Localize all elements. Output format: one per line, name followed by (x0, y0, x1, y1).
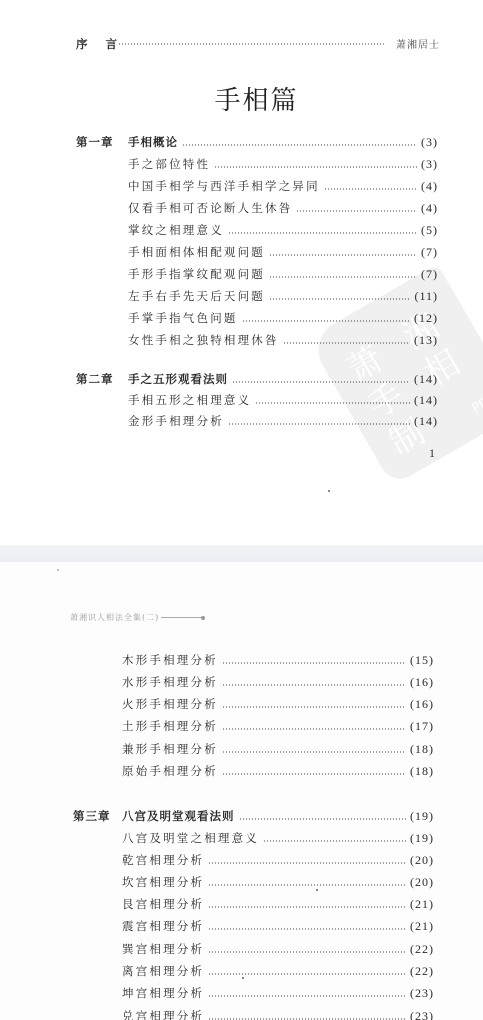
toc-entry[interactable]: 兑宫相理分析 (23) (122, 1008, 434, 1020)
entry-title: 金形手相理分析 (128, 413, 224, 429)
dot-leader (228, 423, 410, 425)
page-ref: (20) (410, 853, 434, 868)
toc-entry[interactable]: 掌纹之相理意义 (5) (128, 222, 438, 238)
toc-entry[interactable]: 手相五形之相理意义 (14) (128, 392, 438, 408)
chapter-title: 手之五形观看法则 (128, 371, 228, 387)
dot-leader (324, 188, 417, 190)
page-ref: (18) (410, 764, 434, 779)
toc-entry[interactable]: 火形手相理分析 (16) (122, 696, 434, 712)
page-ref: (16) (410, 697, 434, 712)
page-ref: (18) (410, 742, 434, 757)
page-ref: (21) (410, 919, 434, 934)
entry-title: 手掌手指气色问题 (128, 310, 238, 326)
toc-entry[interactable]: 巽宫相理分析 (22) (122, 941, 434, 957)
toc-entry[interactable]: 手掌手指气色问题 (12) (128, 310, 438, 326)
toc-entry[interactable]: 女性手相之独特相理休咎 (13) (128, 332, 438, 348)
entry-title: 木形手相理分析 (122, 652, 218, 668)
preface-label[interactable]: 序言 (76, 36, 117, 52)
toc-entry[interactable]: 手相面相体相配观问题 (7) (128, 244, 438, 260)
toc-page-1: 萧 湘 手 相 制 PDG 序言 萧湘居士 手相篇 第一章 手相概论 (3) 手… (0, 0, 483, 545)
toc-entry[interactable]: 乾宫相理分析 (20) (122, 852, 434, 868)
toc-entry[interactable]: 金形手相理分析 (14) (128, 413, 438, 429)
entry-title: 土形手相理分析 (122, 718, 218, 734)
dot-leader (242, 320, 410, 322)
toc-chapter-entry[interactable]: 手之五形观看法则 (14) (128, 371, 438, 387)
toc-entry[interactable]: 坎宫相理分析 (20) (122, 874, 434, 890)
page-ref: (7) (421, 267, 438, 282)
toc-entry[interactable]: 木形手相理分析 (15) (122, 652, 434, 668)
page-ref: (23) (410, 986, 434, 1001)
entry-title: 坎宫相理分析 (122, 874, 204, 890)
entry-title: 兼形手相理分析 (122, 741, 218, 757)
dot-leader (222, 662, 406, 664)
dot-leader (269, 276, 417, 278)
page-ref: (14) (414, 372, 438, 387)
dot-leader (208, 862, 406, 864)
preface-author: 萧湘居士 (396, 36, 440, 51)
entry-title: 巽宫相理分析 (122, 941, 204, 957)
scan-speck (316, 889, 318, 891)
page-number: 1 (429, 446, 435, 461)
page-ref: (4) (421, 201, 438, 216)
entry-title: 水形手相理分析 (122, 674, 218, 690)
entry-title: 坤宫相理分析 (122, 985, 204, 1001)
entry-title: 火形手相理分析 (122, 696, 218, 712)
page-ref: (13) (414, 333, 438, 348)
entry-title: 兑宫相理分析 (122, 1008, 204, 1020)
toc-entry[interactable]: 八宫及明堂之相理意义 (19) (122, 830, 434, 846)
page-ref: (20) (410, 875, 434, 890)
entry-title: 中国手相学与西洋手相学之异同 (128, 178, 320, 194)
entry-title: 女性手相之独特相理休咎 (128, 332, 279, 348)
toc-entry[interactable]: 水形手相理分析 (16) (122, 674, 434, 690)
scan-speck (328, 490, 330, 492)
dot-leader (239, 818, 407, 820)
scan-speck (57, 569, 59, 571)
chapter-number: 第一章 (76, 134, 114, 150)
toc-entry[interactable]: 坤宫相理分析 (23) (122, 985, 434, 1001)
page-ref: (14) (414, 414, 438, 429)
scan-speck (242, 977, 244, 979)
entry-title: 仅看手相可否论断人生休咎 (128, 200, 292, 216)
page-ref: (12) (414, 311, 438, 326)
toc-entry[interactable]: 手之部位特性 (3) (128, 156, 438, 172)
dot-leader (214, 166, 417, 168)
entry-title: 乾宫相理分析 (122, 852, 204, 868)
dot-leader (208, 973, 406, 975)
header-rule (161, 617, 201, 618)
entry-title: 震宫相理分析 (122, 918, 204, 934)
page-ref: (3) (421, 157, 438, 172)
dot-leader (269, 254, 417, 256)
page-ref: (5) (421, 223, 438, 238)
toc-entry[interactable]: 土形手相理分析 (17) (122, 718, 434, 734)
preface-char-1: 序 (76, 36, 88, 52)
toc-entry[interactable]: 左手右手先天后天问题 (11) (128, 288, 438, 304)
page-ref: (19) (410, 831, 434, 846)
chapter-number: 第二章 (76, 371, 114, 387)
toc-entry[interactable]: 中国手相学与西洋手相学之异同 (4) (128, 178, 438, 194)
entry-title: 离宫相理分析 (122, 963, 204, 979)
page-ref: (23) (410, 1009, 434, 1020)
entry-title: 左手右手先天后天问题 (128, 288, 265, 304)
toc-entry[interactable]: 离宫相理分析 (22) (122, 963, 434, 979)
dot-leader (208, 928, 406, 930)
page-ref: (21) (410, 897, 434, 912)
dot-leader (118, 43, 386, 45)
dot-leader (182, 144, 417, 146)
toc-chapter-entry[interactable]: 手相概论 (3) (128, 134, 438, 150)
entry-title: 手形手指掌纹配观问题 (128, 266, 265, 282)
page-ref: (14) (414, 393, 438, 408)
dot-leader (222, 773, 406, 775)
dot-leader (222, 684, 406, 686)
dot-leader (228, 232, 417, 234)
toc-entry[interactable]: 艮宫相理分析 (21) (122, 896, 434, 912)
page-ref: (17) (410, 719, 434, 734)
entry-title: 掌纹之相理意义 (128, 222, 224, 238)
entry-title: 原始手相理分析 (122, 763, 218, 779)
chapter-title: 手相概论 (128, 134, 178, 150)
entry-title: 八宫及明堂之相理意义 (122, 830, 259, 846)
page-ref: (19) (410, 809, 434, 824)
dot-leader (283, 342, 410, 344)
toc-entry[interactable]: 震宫相理分析 (21) (122, 918, 434, 934)
header-dot-icon (201, 616, 205, 620)
section-title: 手相篇 (0, 80, 483, 117)
dot-leader (208, 995, 406, 997)
toc-entry[interactable]: 兼形手相理分析 (18) (122, 741, 434, 757)
preface-char-2: 言 (106, 36, 118, 52)
dot-leader (296, 210, 417, 212)
dot-leader (222, 706, 406, 708)
dot-leader (222, 728, 406, 730)
entry-title: 手相五形之相理意义 (128, 392, 251, 408)
entry-title: 手之部位特性 (128, 156, 210, 172)
dot-leader (208, 906, 406, 908)
page-ref: (3) (421, 135, 438, 150)
dot-leader (208, 884, 406, 886)
dot-leader (232, 381, 410, 383)
toc-chapter-entry[interactable]: 八宫及明堂观看法则 (19) (122, 808, 434, 824)
running-header-text: 萧湘识人相法全集(二) (70, 612, 159, 623)
toc-entry[interactable]: 仅看手相可否论断人生休咎 (4) (128, 200, 438, 216)
dot-leader (263, 840, 406, 842)
toc-entry[interactable]: 原始手相理分析 (18) (122, 763, 434, 779)
running-header: 萧湘识人相法全集(二) (70, 612, 205, 623)
page-ref: (7) (421, 245, 438, 260)
page-separator (0, 545, 483, 562)
dot-leader (208, 951, 406, 953)
chapter-number: 第三章 (73, 808, 111, 824)
page-ref: (22) (410, 942, 434, 957)
page-ref: (16) (410, 675, 434, 690)
toc-entry[interactable]: 手形手指掌纹配观问题 (7) (128, 266, 438, 282)
chapter-title: 八宫及明堂观看法则 (122, 808, 235, 824)
entry-title: 手相面相体相配观问题 (128, 244, 265, 260)
page-ref: (15) (410, 653, 434, 668)
dot-leader (255, 402, 410, 404)
page-ref: (4) (421, 179, 438, 194)
dot-leader (269, 298, 410, 300)
dot-leader (208, 1018, 406, 1020)
page-ref: (22) (410, 964, 434, 979)
dot-leader (222, 751, 406, 753)
entry-title: 艮宫相理分析 (122, 896, 204, 912)
page-ref: (11) (414, 289, 438, 304)
